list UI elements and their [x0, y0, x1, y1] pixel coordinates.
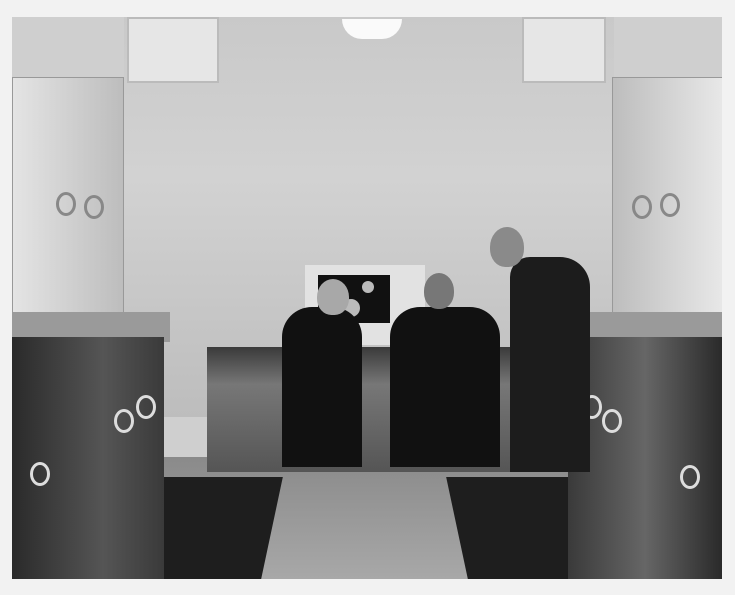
lower-cabinet-left: [12, 337, 164, 579]
cabinet-handle: [632, 195, 652, 219]
cabinet-handle: [30, 462, 50, 486]
ceiling-vent-left: [127, 17, 219, 83]
cabinet-handle: [602, 409, 622, 433]
man-standing: [510, 257, 590, 472]
ceiling-vent-right: [522, 17, 606, 83]
display-tube: [362, 281, 374, 293]
man-seated-left: [282, 307, 362, 467]
man-seated-right: [390, 307, 500, 467]
cabinet-handle: [680, 465, 700, 489]
photograph: [12, 17, 722, 579]
lower-cabinet-right: [568, 337, 722, 579]
head: [317, 279, 349, 315]
cabinet-handle: [56, 192, 76, 216]
cabinet-handle: [660, 193, 680, 217]
cabinet-handle: [84, 195, 104, 219]
cabinet-handle: [136, 395, 156, 419]
head: [490, 227, 524, 267]
head: [424, 273, 454, 309]
cabinet-handle: [114, 409, 134, 433]
